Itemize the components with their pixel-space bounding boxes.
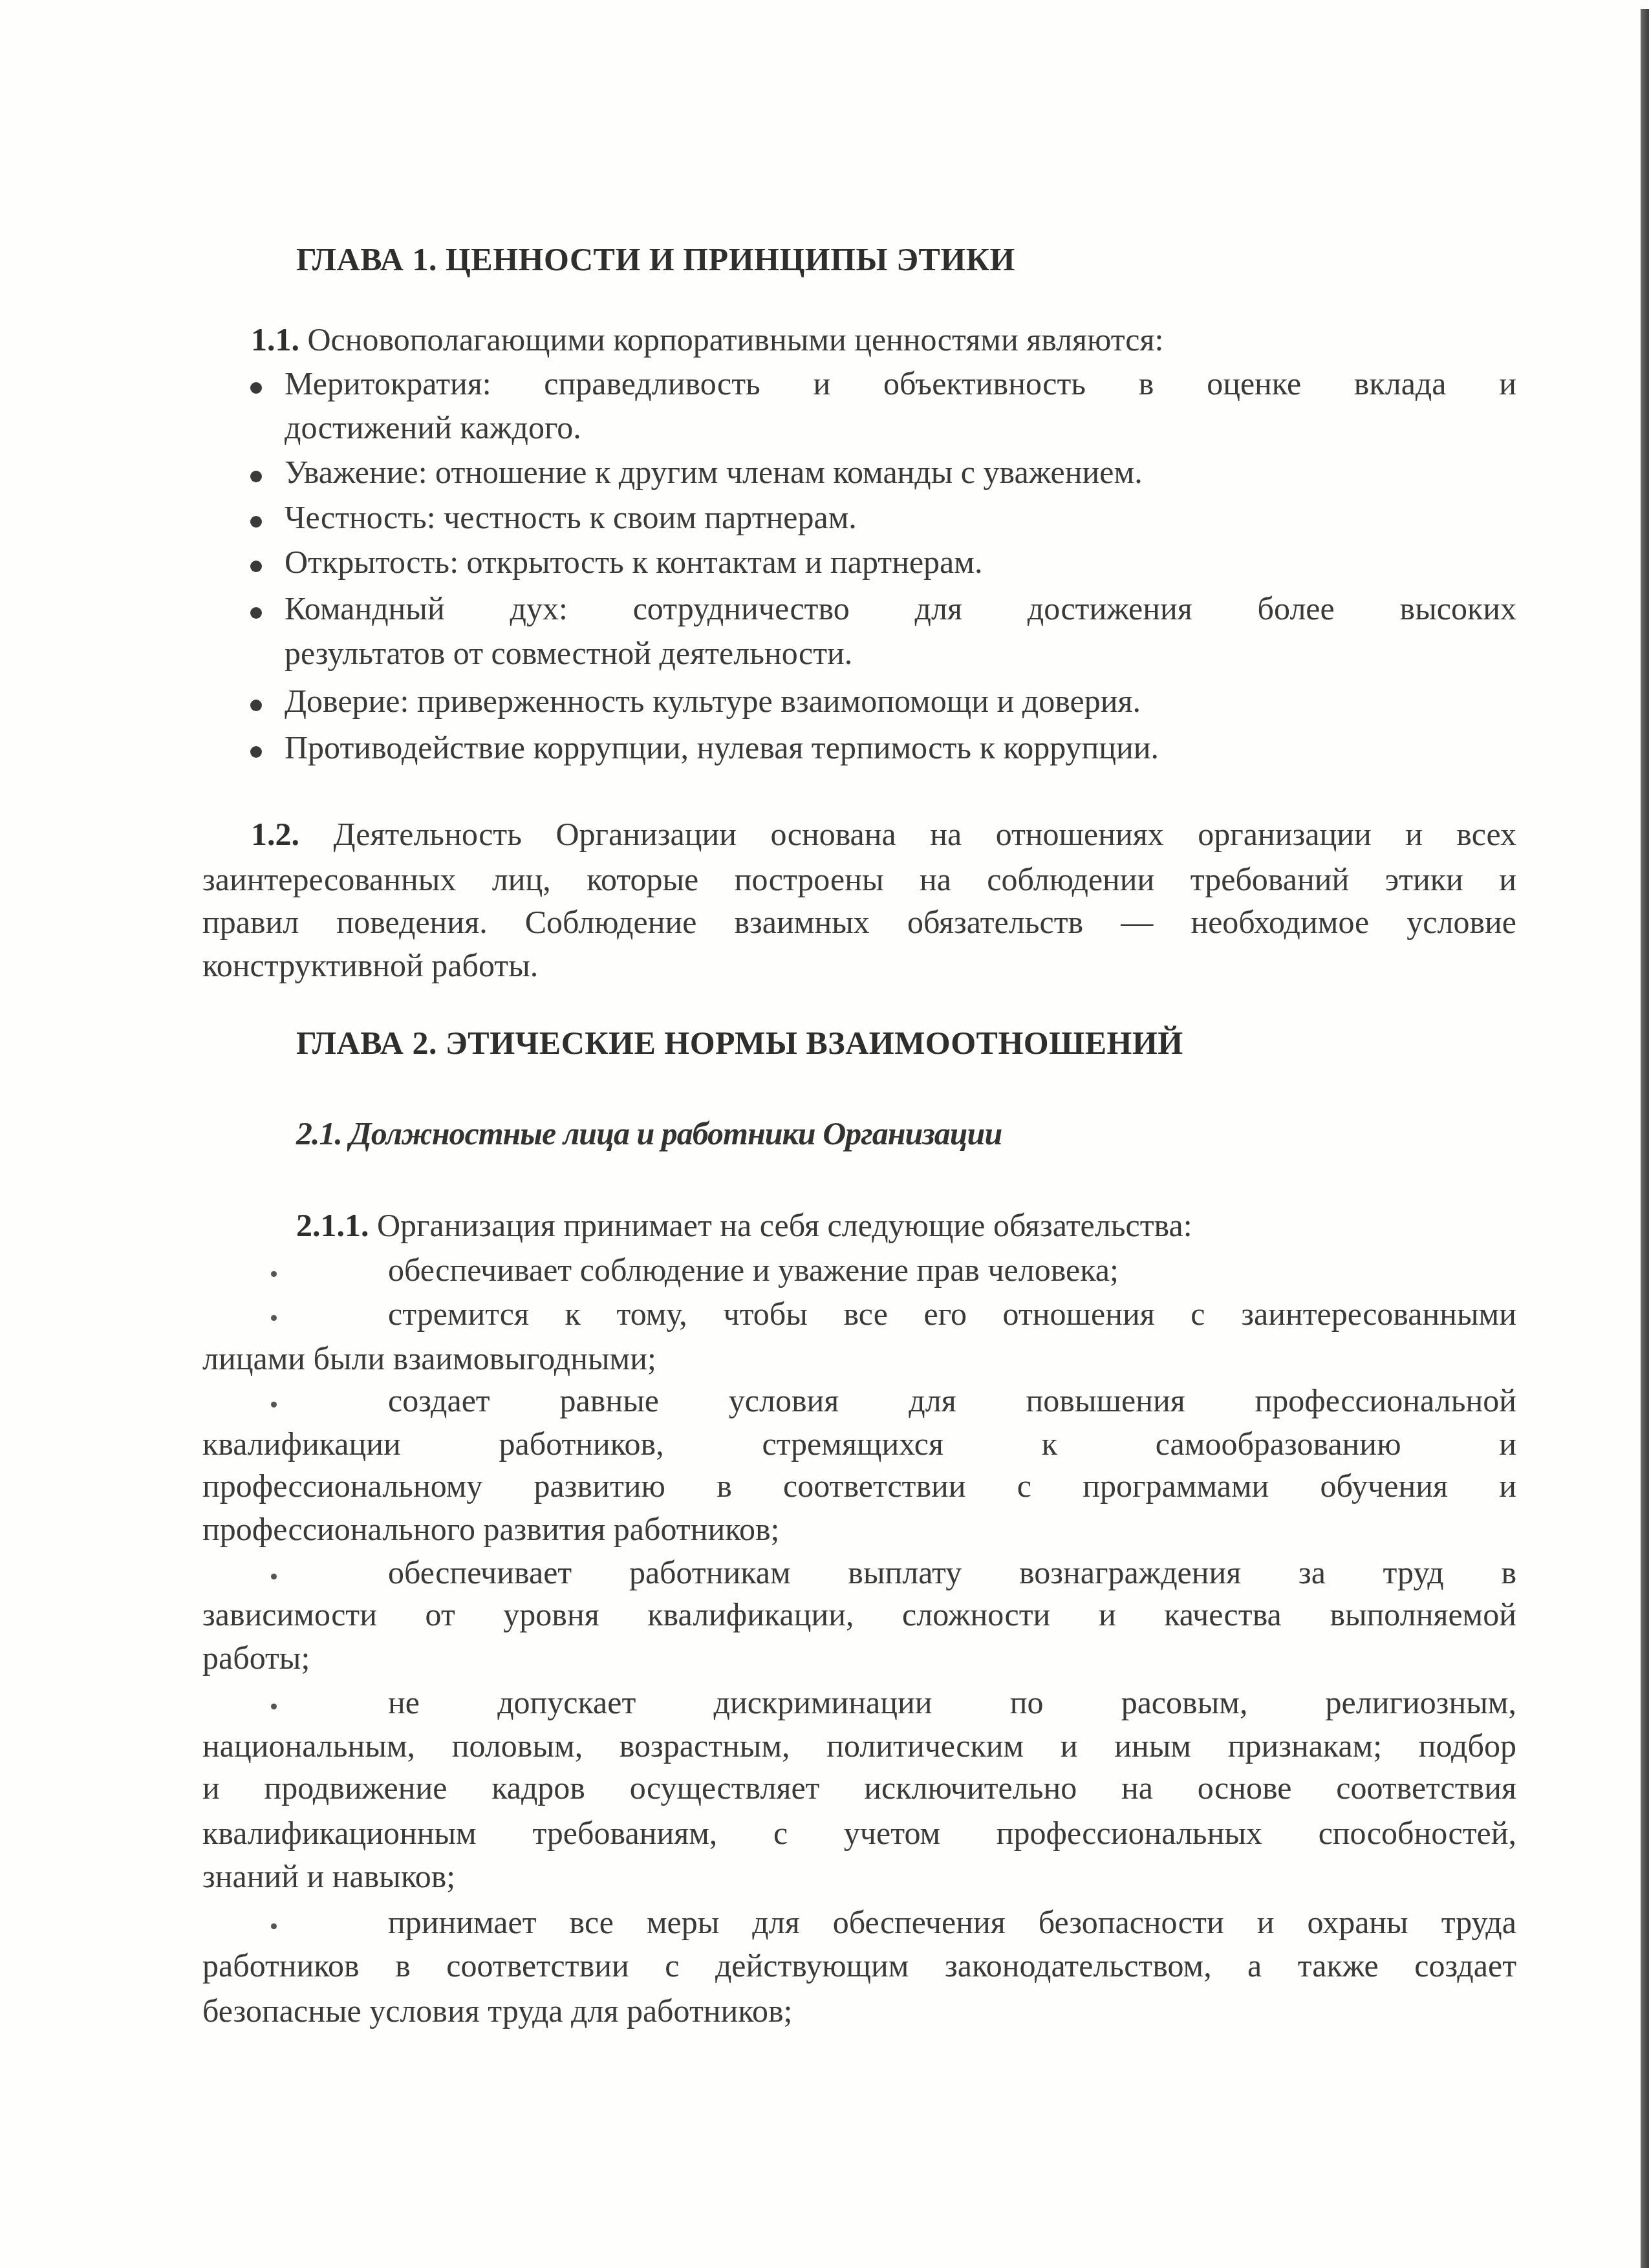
list-item-line: работы;	[202, 1638, 310, 1677]
list-item-line: Противодействие коррупции, нулевая терпи…	[285, 728, 1159, 767]
bullet-icon	[250, 700, 262, 711]
list-item-line: принимает все меры для обеспечения безоп…	[388, 1903, 1516, 1942]
bullet-icon	[250, 382, 262, 394]
section-1-1-lead: 1.1. Основополагающими корпоративными це…	[251, 320, 1163, 359]
list-item-line: работников в соответствии с действующим …	[202, 1946, 1516, 1985]
list-item-line: лицами были взаимовыгодными;	[202, 1339, 656, 1378]
bullet-icon	[271, 1574, 277, 1579]
list-item-line: достижений каждого.	[285, 408, 581, 447]
list-item-line: Честность: честность к своим партнерам.	[285, 498, 857, 537]
list-item-line: Уважение: отношение к другим членам кома…	[285, 453, 1143, 491]
section-1-2-line: конструктивной работы.	[202, 946, 538, 985]
section-1-2-line: 1.2. Деятельность Организации основана н…	[251, 815, 1516, 853]
bullet-icon	[271, 1923, 277, 1929]
list-item-line: национальным, половым, возрастным, полит…	[202, 1726, 1516, 1765]
list-item-line: квалификационным требованиям, с учетом п…	[202, 1813, 1516, 1852]
bullet-icon	[271, 1315, 277, 1321]
paragraph-text: Деятельность Организации основана на отн…	[333, 816, 1516, 852]
section-number: 1.2.	[251, 816, 299, 852]
list-item-line: обеспечивает работникам выплату вознагра…	[388, 1553, 1516, 1592]
list-item-line: Доверие: приверженность культуре взаимоп…	[285, 681, 1141, 720]
document-page: ГЛАВА 1. ЦЕННОСТИ И ПРИНЦИПЫ ЭТИКИ 1.1. …	[0, 0, 1649, 2268]
list-item-line: зависимости от уровня квалификации, слож…	[202, 1595, 1516, 1634]
bullet-icon	[271, 1704, 277, 1709]
list-item-line: Командный дух: сотрудничество для достиж…	[285, 589, 1516, 628]
section-lead-text: Организация принимает на себя следующие …	[377, 1207, 1192, 1243]
list-item-line: Меритократия: справедливость и объективн…	[285, 364, 1516, 403]
list-item-line: создает равные условия для повышения про…	[388, 1381, 1516, 1420]
chapter-1-heading: ГЛАВА 1. ЦЕННОСТИ И ПРИНЦИПЫ ЭТИКИ	[296, 241, 1015, 278]
bullet-icon	[250, 471, 262, 482]
list-item-line: Открытость: открытость к контактам и пар…	[285, 542, 982, 581]
bullet-icon	[271, 1402, 277, 1407]
list-item-line: знаний и навыков;	[202, 1857, 455, 1896]
section-1-2-line: заинтересованных лиц, которые построены …	[202, 860, 1516, 899]
bullet-icon	[250, 516, 262, 528]
list-item-line: квалификации работников, стремящихся к с…	[202, 1424, 1516, 1463]
list-item-line: профессионального развития работников;	[202, 1510, 779, 1548]
subsection-2-1-title: 2.1. Должностные лица и работники Органи…	[296, 1115, 1002, 1152]
section-number: 2.1.1.	[296, 1207, 369, 1243]
list-item-line: результатов от совместной деятельности.	[285, 634, 852, 672]
bullet-icon	[250, 746, 262, 758]
section-1-2-line: правил поведения. Соблюдение взаимных об…	[202, 903, 1516, 941]
bullet-icon	[250, 561, 262, 572]
section-2-1-1-lead: 2.1.1. Организация принимает на себя сле…	[296, 1206, 1192, 1245]
bullet-icon	[250, 607, 262, 619]
bullet-icon	[271, 1271, 277, 1277]
list-item-line: профессиональному развитию в соответстви…	[202, 1466, 1516, 1505]
section-lead-text: Основополагающими корпоративными ценност…	[308, 321, 1164, 358]
chapter-2-heading: ГЛАВА 2. ЭТИЧЕСКИЕ НОРМЫ ВЗАИМООТНОШЕНИЙ	[296, 1024, 1183, 1062]
list-item-line: безопасные условия труда для работников;	[202, 1991, 793, 2030]
section-number: 1.1.	[251, 321, 299, 358]
scan-edge-shadow	[1641, 9, 1649, 2268]
list-item-line: не допускает дискриминации по расовым, р…	[388, 1683, 1516, 1722]
list-item-line: обеспечивает соблюдение и уважение прав …	[388, 1250, 1119, 1289]
list-item-line: стремится к тому, чтобы все его отношени…	[388, 1294, 1516, 1333]
list-item-line: и продвижение кадров осуществляет исключ…	[202, 1768, 1516, 1807]
